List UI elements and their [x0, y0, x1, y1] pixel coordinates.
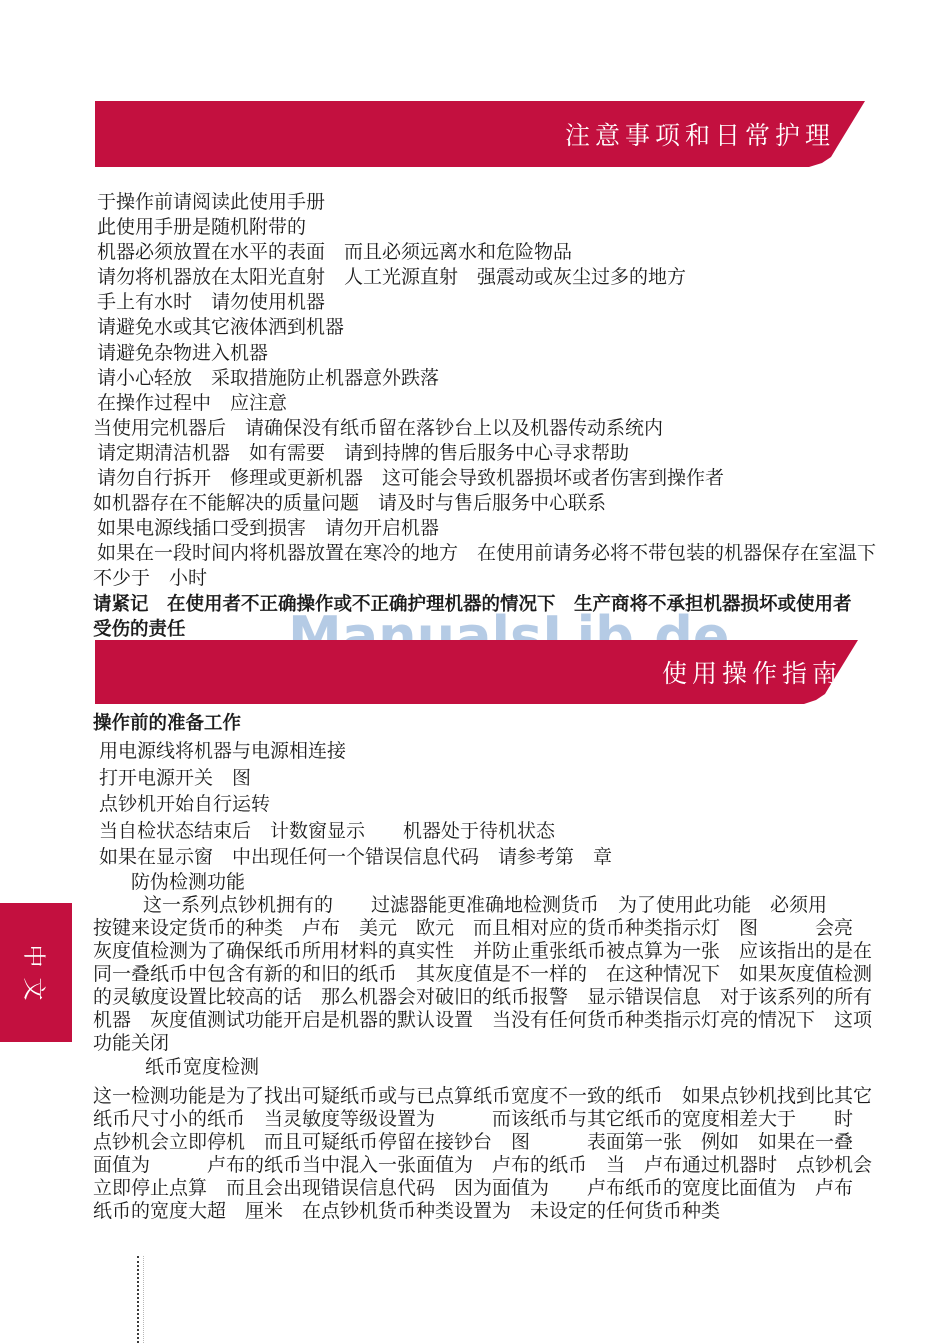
text-line: 同一叠纸币中包含有新的和旧的纸币 其灰度值是不一样的 在这种情况下 如果灰度值检… — [93, 963, 923, 986]
usage-section: 操作前的准备工作 用电源线将机器与电源相连接 打开电源开关 图 点钞机开始自行运… — [93, 711, 923, 1223]
text-line: 用电源线将机器与电源相连接 — [93, 738, 923, 765]
text-line: 请勿自行拆开 修理或更新机器 这可能会导致机器损坏或者伤害到操作者 — [93, 466, 918, 491]
language-side-tab-chinese: 中文 — [0, 903, 72, 1042]
text-line: 请避免杂物进入机器 — [93, 341, 918, 366]
text-line: 面值为 卢布的纸币当中混入一张面值为 卢布的纸币 当 卢布通过机器时 点钞机会 — [93, 1154, 923, 1177]
text-line: 纸币的宽度大超 厘米 在点钞机货币种类设置为 未设定的任何货币种类 — [93, 1200, 923, 1223]
text-line: 纸币尺寸小的纸币 当灵敏度等级设置为 而该纸币与其它纸币的宽度相差大于 时 — [93, 1108, 923, 1131]
warning-note-line: 受伤的责任 — [93, 617, 918, 642]
subsection-title-width-detection: 纸币宽度检测 — [93, 1056, 923, 1079]
text-line: 如果在显示窗 中出现任何一个错误信息代码 请参考第 章 — [93, 844, 923, 871]
subsection-heading-preparation: 操作前的准备工作 — [93, 711, 923, 738]
text-line: 如机器存在不能解决的质量问题 请及时与售后服务中心联系 — [93, 491, 918, 516]
care-section: 于操作前请阅读此使用手册 此使用手册是随机附带的 机器必须放置在水平的表面 而且… — [93, 190, 918, 642]
section-banner-usage: 使用操作指南 — [95, 640, 858, 704]
text-line: 的灵敏度设置比较高的话 那么机器会对破旧的纸币报警 显示错误信息 对于该系列的所… — [93, 986, 923, 1009]
text-line: 请避免水或其它液体洒到机器 — [93, 315, 918, 340]
text-line: 如果在一段时间内将机器放置在寒冷的地方 在使用前请务必将不带包装的机器保存在室温… — [93, 541, 918, 566]
text-line: 请小心轻放 采取措施防止机器意外跌落 — [93, 366, 918, 391]
text-line: 机器 灰度值测试功能开启是机器的默认设置 当没有任何货币种类指示灯亮的情况下 这… — [93, 1009, 923, 1032]
text-line: 机器必须放置在水平的表面 而且必须远离水和危险物品 — [93, 240, 918, 265]
text-line: 功能关闭 — [93, 1032, 923, 1055]
text-line: 如果电源线插口受到损害 请勿开启机器 — [93, 516, 918, 541]
text-line: 这一检测功能是为了找出可疑纸币或与已点算纸币宽度不一致的纸币 如果点钞机找到比其… — [93, 1085, 923, 1108]
text-line: 当使用完机器后 请确保没有纸币留在落钞台上以及机器传动系统内 — [93, 416, 918, 441]
text-line: 点钞机会立即停机 而且可疑纸币停留在接钞台 图 表面第一张 例如 如果在一叠 — [93, 1131, 923, 1154]
text-line: 请定期清洁机器 如有需要 请到持牌的售后服务中心寻求帮助 — [93, 441, 918, 466]
text-line: 打开电源开关 图 — [93, 765, 923, 792]
text-line: 此使用手册是随机附带的 — [93, 215, 918, 240]
text-line: 不少于 小时 — [93, 566, 918, 591]
text-line: 当自检状态结束后 计数窗显示 机器处于待机状态 — [93, 818, 923, 845]
section-banner-care-title: 注意事项和日常护理 — [565, 116, 835, 152]
warning-note-line: 请紧记 在使用者不正确操作或不正确护理机器的情况下 生产商将不承担机器损坏或使用… — [93, 592, 918, 617]
text-line: 按键来设定货币的种类 卢布 美元 欧元 而且相对应的货币种类指示灯 图 会亮 — [93, 917, 923, 940]
section-banner-usage-title: 使用操作指南 — [662, 654, 842, 690]
text-line: 立即停止点算 而且会出现错误信息代码 因为面值为 卢布纸币的宽度比面值为 卢布 — [93, 1177, 923, 1200]
text-line: 请勿将机器放在太阳光直射 人工光源直射 强震动或灰尘过多的地方 — [93, 265, 918, 290]
manual-page: ManualsLib.de 注意事项和日常护理 于操作前请阅读此使用手册 此使用… — [0, 0, 950, 1343]
subsection-title-counterfeit-detection: 防伪检测功能 — [93, 871, 923, 894]
text-line: 灰度值检测为了确保纸币所用材料的真实性 并防止重张纸币被点算为一张 应该指出的是… — [93, 940, 923, 963]
language-side-tab-label: 中文 — [20, 935, 53, 1011]
text-line: 点钞机开始自行运转 — [93, 791, 923, 818]
text-line: 这一系列点钞机拥有的 过滤器能更准确地检测货币 为了使用此功能 必须用 — [93, 894, 923, 917]
fold-cut-dotted-line — [137, 1256, 144, 1343]
section-banner-care: 注意事项和日常护理 — [95, 101, 865, 167]
text-line: 于操作前请阅读此使用手册 — [93, 190, 918, 215]
text-line: 在操作过程中 应注意 — [93, 391, 918, 416]
text-line: 手上有水时 请勿使用机器 — [93, 290, 918, 315]
